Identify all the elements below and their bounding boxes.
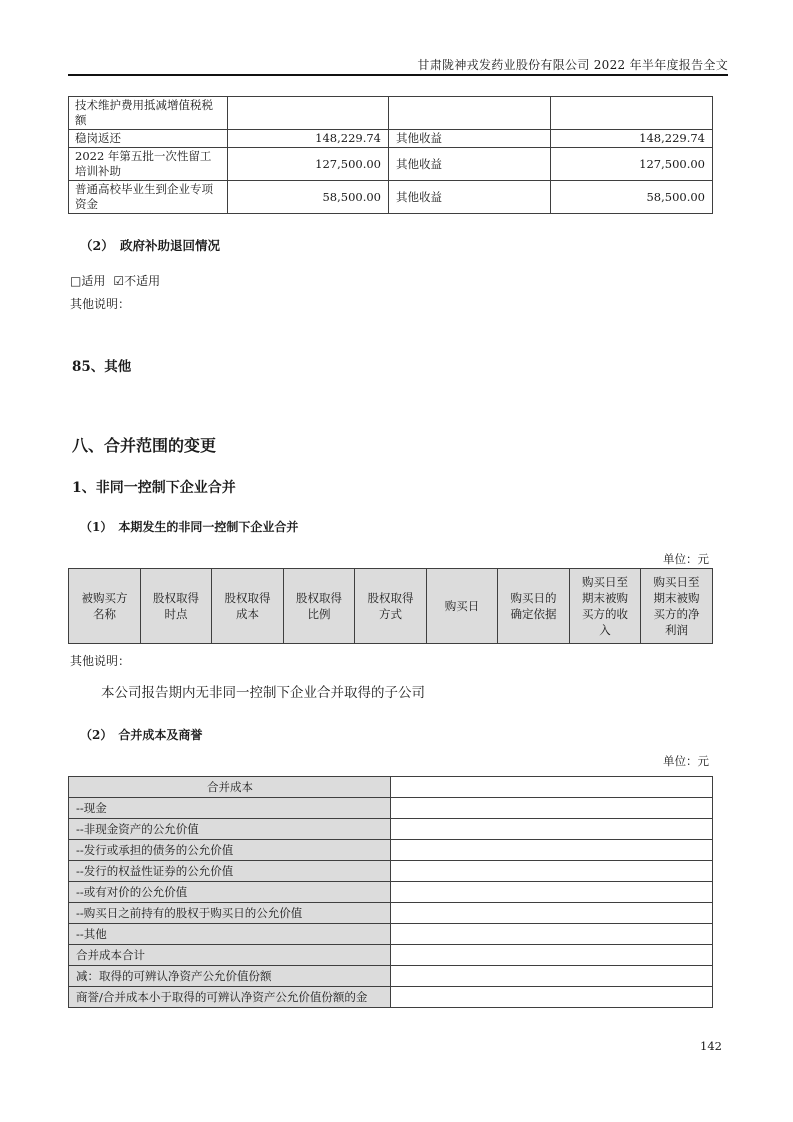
unit-label: 单位：元 [663,551,709,567]
cost-row-label: --非现金资产的公允价值 [69,819,391,840]
subsection-1-2-heading: （2） 合并成本及商誉 [80,726,202,743]
subsidy-amount-cell: 148,229.74 [228,130,389,148]
other-note-label: 其他说明： [70,295,130,312]
subsidy-period-amount-cell: 58,500.00 [551,181,713,214]
table-row: 技术维护费用抵减增值税税额 [69,97,713,130]
subsection-1-1-heading: （1） 本期发生的非同一控制下企业合并 [80,518,298,535]
not-applicable-option: ☑不适用 [113,274,160,288]
business-combination-table: 被购买方名称 股权取得时点 股权取得成本 股权取得比例 股权取得方式 购买日 购… [68,568,713,644]
applicable-option: □适用 [70,274,105,288]
header-rule [68,74,728,76]
not-applicable-label: 不适用 [124,274,160,288]
table-row: 2022 年第五批一次性留工培训补助 127,500.00 其他收益 127,5… [69,148,713,181]
cost-row-label: 减：取得的可辨认净资产公允价值份额 [69,966,391,987]
applicability-row: □适用☑不适用 [70,272,168,289]
cost-row-value [391,777,713,798]
table-row: --购买日之前持有的股权于购买日的公允价值 [69,903,713,924]
table-row: 普通高校毕业生到企业专项资金 58,500.00 其他收益 58,500.00 [69,181,713,214]
government-subsidy-table: 技术维护费用抵减增值税税额 稳岗返还 148,229.74 其他收益 148,2… [68,96,713,214]
unit-label-2: 单位：元 [663,753,709,769]
table-row: --发行的权益性证券的公允价值 [69,861,713,882]
subsidy-amount-cell: 127,500.00 [228,148,389,181]
cost-row-value [391,966,713,987]
subsidy-category-cell [389,97,551,130]
column-header: 股权取得成本 [212,569,284,644]
subsidy-name-cell: 普通高校毕业生到企业专项资金 [69,181,228,214]
cost-row-value [391,987,713,1008]
subsidy-category-cell: 其他收益 [389,130,551,148]
report-header-title: 甘肃陇神戎发药业股份有限公司 2022 年半年度报告全文 [417,56,728,73]
table-row: --现金 [69,798,713,819]
cost-row-value [391,903,713,924]
cost-row-value [391,861,713,882]
cost-row-value [391,924,713,945]
table-row: --或有对价的公允价值 [69,882,713,903]
combination-cost-table: 合并成本 --现金 --非现金资产的公允价值 --发行或承担的债务的公允价值 -… [68,776,713,1008]
cost-row-value [391,882,713,903]
subsidy-period-amount-cell: 148,229.74 [551,130,713,148]
cost-row-label: --发行的权益性证券的公允价值 [69,861,391,882]
column-header: 股权取得方式 [355,569,427,644]
cost-row-value [391,840,713,861]
cost-row-value [391,798,713,819]
table-row: 合并成本 [69,777,713,798]
cost-row-label: --或有对价的公允价值 [69,882,391,903]
table-row: --发行或承担的债务的公允价值 [69,840,713,861]
column-header: 购买日 [427,569,498,644]
column-header: 股权取得比例 [284,569,355,644]
column-header: 购买日至期末被购买方的净利润 [641,569,713,644]
cost-row-value [391,819,713,840]
subsidy-period-amount-cell [551,97,713,130]
column-header: 被购买方名称 [69,569,141,644]
cost-row-label: 合并成本合计 [69,945,391,966]
gov-refund-heading: （2） 政府补助退回情况 [80,236,220,254]
table-row: 稳岗返还 148,229.74 其他收益 148,229.74 [69,130,713,148]
table-row: --非现金资产的公允价值 [69,819,713,840]
section-85-heading: 85、其他 [72,355,131,375]
column-header: 购买日至期末被购买方的收入 [570,569,641,644]
document-page: 甘肃陇神戎发药业股份有限公司 2022 年半年度报告全文 技术维护费用抵减增值税… [0,0,793,1122]
checkbox-checked-icon: ☑ [113,274,124,288]
checkbox-unchecked-icon: □ [70,274,81,288]
subsidy-period-amount-cell: 127,500.00 [551,148,713,181]
cost-row-label: 商誉/合并成本小于取得的可辨认净资产公允价值份额的金 [69,987,391,1008]
other-note-label-2: 其他说明： [70,652,130,669]
cost-row-label: 合并成本 [69,777,391,798]
subsidy-category-cell: 其他收益 [389,148,551,181]
cost-row-label: --现金 [69,798,391,819]
applicable-label: 适用 [81,274,105,288]
subsidy-amount-cell [228,97,389,130]
subsidy-name-cell: 2022 年第五批一次性留工培训补助 [69,148,228,181]
subsidy-category-cell: 其他收益 [389,181,551,214]
column-header: 购买日的确定依据 [498,569,570,644]
table-header-row: 被购买方名称 股权取得时点 股权取得成本 股权取得比例 股权取得方式 购买日 购… [69,569,713,644]
cost-row-value [391,945,713,966]
table-row: 减：取得的可辨认净资产公允价值份额 [69,966,713,987]
no-merger-paragraph: 本公司报告期内无非同一控制下企业合并取得的子公司 [101,681,425,701]
page-number: 142 [700,1039,722,1053]
subsidy-name-cell: 技术维护费用抵减增值税税额 [69,97,228,130]
subsidy-amount-cell: 58,500.00 [228,181,389,214]
column-header: 股权取得时点 [141,569,212,644]
subsidy-name-cell: 稳岗返还 [69,130,228,148]
table-row: 合并成本合计 [69,945,713,966]
cost-row-label: --发行或承担的债务的公允价值 [69,840,391,861]
table-row: 商誉/合并成本小于取得的可辨认净资产公允价值份额的金 [69,987,713,1008]
subsection-1-heading: 1、非同一控制下企业合并 [72,477,236,497]
cost-row-label: --其他 [69,924,391,945]
cost-row-label: --购买日之前持有的股权于购买日的公允价值 [69,903,391,924]
section-8-heading: 八、合并范围的变更 [72,433,216,456]
table-row: --其他 [69,924,713,945]
